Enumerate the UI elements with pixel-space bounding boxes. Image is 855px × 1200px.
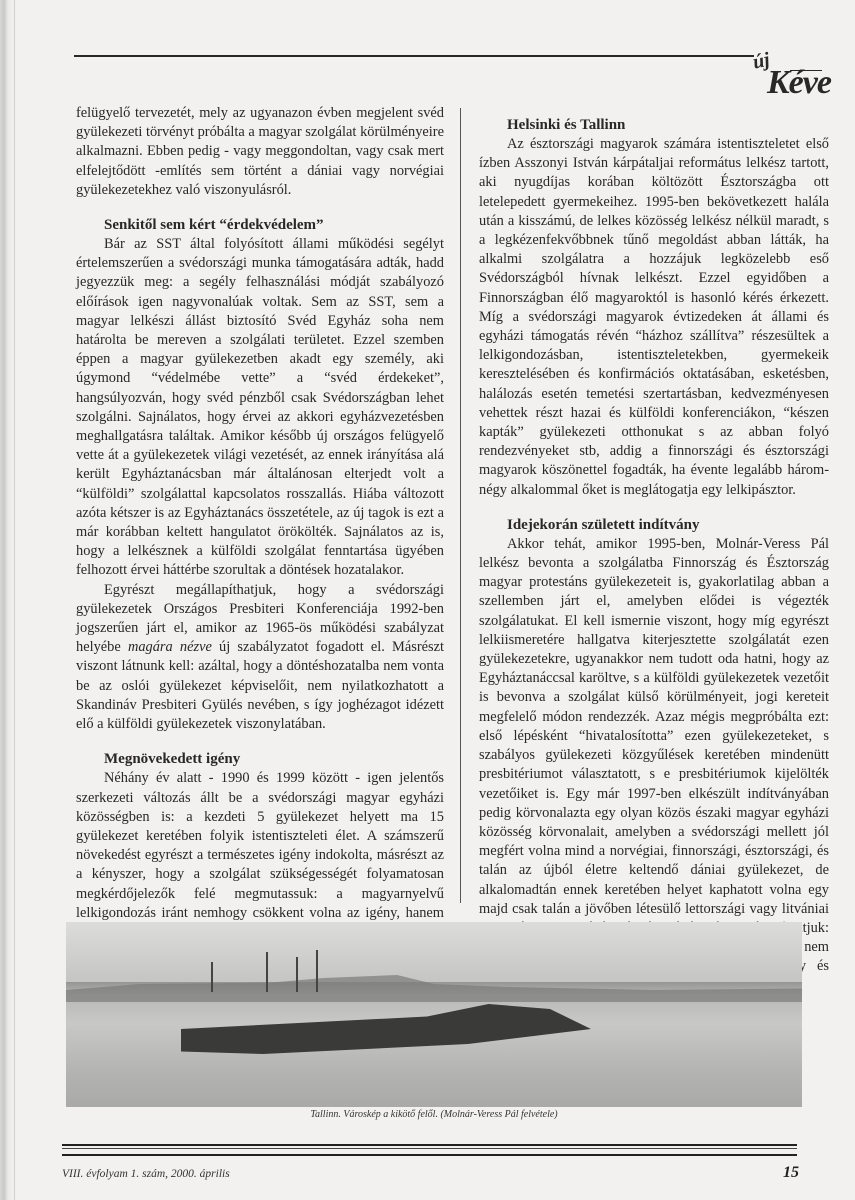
emphasis-text: magára nézve xyxy=(128,639,212,655)
header-rule xyxy=(74,55,754,57)
photo-crane xyxy=(316,950,318,992)
column-divider xyxy=(460,108,461,903)
right-column: Helsinki és Tallinn Az észtországi magya… xyxy=(479,116,829,996)
issue-info: VIII. évfolyam 1. szám, 2000. április xyxy=(62,1168,230,1180)
photo-crane xyxy=(296,957,298,992)
section-heading-helsinki-tallinn: Helsinki és Tallinn xyxy=(479,116,829,135)
photo-caption: Tallinn. Városkép a kikötő felől. (Molná… xyxy=(66,1109,802,1120)
photo-crane xyxy=(266,952,268,992)
photo-sky xyxy=(66,922,802,982)
magazine-logo: új Kéve xyxy=(745,50,835,110)
left-column: felügyelő tervezetét, mely az ugyanazon … xyxy=(76,104,444,942)
harbor-photo xyxy=(66,922,802,1107)
section-heading-inditvany: Idejekorán született indítvány xyxy=(479,516,829,535)
section-heading-erdekvedelem: Senkitől sem kért “érdekvédelem” xyxy=(76,216,444,235)
page-number: 15 xyxy=(783,1164,799,1182)
paragraph-continuation: felügyelő tervezetét, mely az ugyanazon … xyxy=(76,104,444,200)
photo-tower xyxy=(211,962,213,992)
page-binding-edge xyxy=(0,0,15,1200)
logo-large-text: Kéve xyxy=(767,64,831,102)
paragraph: Az észtországi magyarok számára istentis… xyxy=(479,135,829,500)
paragraph-with-emphasis: Egyrészt megállapíthatjuk, hogy a svédor… xyxy=(76,581,444,735)
footer-rule xyxy=(62,1144,797,1156)
paragraph: Néhány év alatt - 1990 és 1999 között - … xyxy=(76,769,444,942)
photo-pier xyxy=(181,1004,591,1054)
paragraph: Bár az SST által folyósított állami műkö… xyxy=(76,235,444,581)
section-heading-igeny: Megnövekedett igény xyxy=(76,750,444,769)
